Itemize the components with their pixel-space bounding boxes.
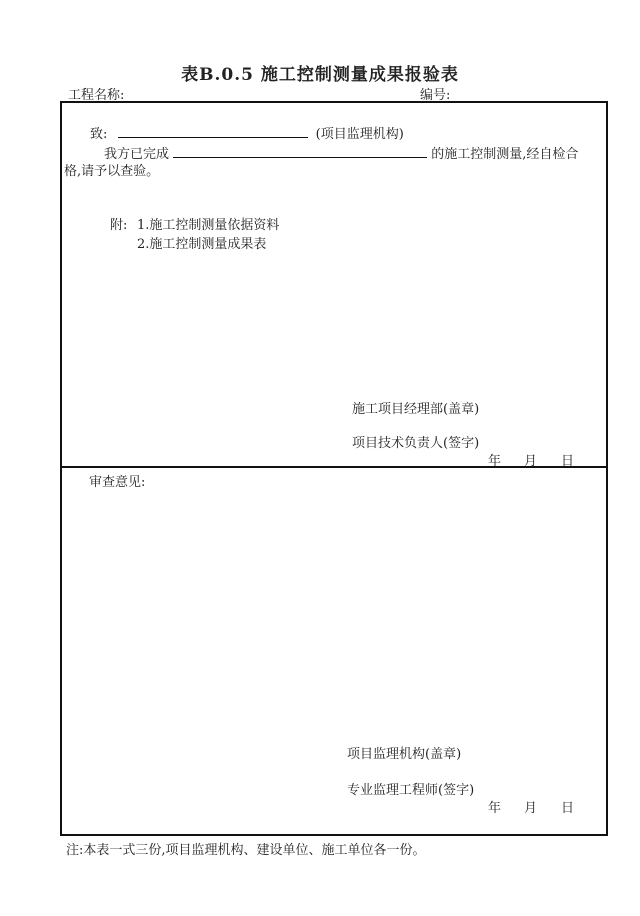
form-title: 表B.0.5 施工控制测量成果报验表 [0, 60, 640, 85]
supervision-engineer-signature: 专业监理工程师(签字) [347, 779, 474, 798]
attachment-2: 2.施工控制测量成果表 [137, 233, 266, 252]
addressee-field[interactable] [118, 124, 308, 138]
tech-lead-signature: 项目技术负责人(签字) [352, 432, 479, 451]
body-suffix: 的施工控制测量,经自检合 [431, 147, 578, 162]
date-month: 月 [524, 450, 537, 469]
body-row: 我方已完成 的施工控制测量,经自检合 [104, 143, 578, 162]
date-year: 年 [488, 450, 501, 469]
footer-note: 注:本表一式三份,项目监理机构、建设单位、施工单位各一份。 [66, 839, 426, 858]
date-month-2: 月 [524, 797, 537, 816]
date-year-2: 年 [488, 797, 501, 816]
supervision-seal: 项目监理机构(盖章) [347, 743, 461, 762]
body-line2: 格,请予以查验。 [64, 160, 159, 179]
date-day-2: 日 [561, 797, 574, 816]
attach-label: 附: [110, 214, 127, 233]
date-day: 日 [561, 450, 574, 469]
addressee-suffix: (项目监理机构) [316, 127, 404, 142]
addressee-row: 致: (项目监理机构) [90, 123, 404, 142]
attachment-1: 1.施工控制测量依据资料 [137, 214, 279, 233]
review-opinion-label: 审查意见: [89, 471, 145, 490]
to-label: 致: [90, 127, 107, 142]
contractor-dept-seal: 施工项目经理部(盖章) [352, 398, 479, 417]
completed-work-field[interactable] [173, 144, 427, 158]
